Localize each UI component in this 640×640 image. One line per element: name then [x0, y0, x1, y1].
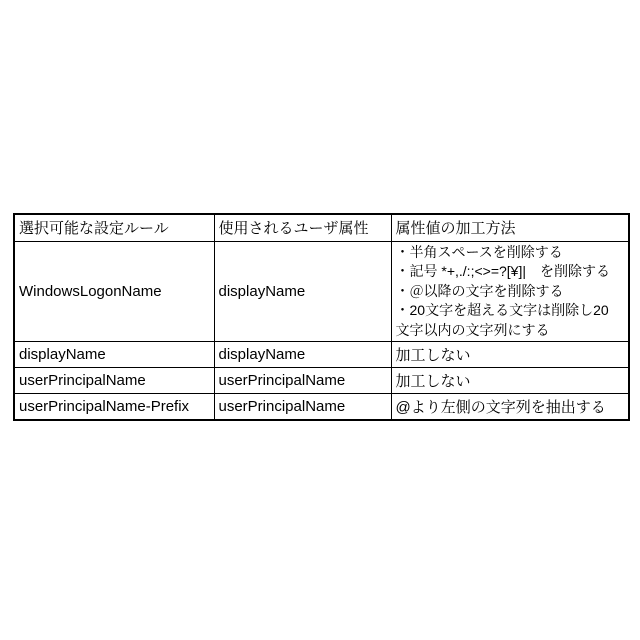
- column-header-rule: 選択可能な設定ルール: [14, 214, 214, 241]
- rule-cell: displayName: [14, 342, 214, 368]
- processing-line: ・＠以降の文字を削除する: [396, 282, 625, 302]
- column-header-attribute: 使用されるユーザ属性: [214, 214, 391, 241]
- attribute-cell: displayName: [214, 241, 391, 342]
- rule-cell: WindowsLogonName: [14, 241, 214, 342]
- processing-line: ・20文字を超える文字は削除し20: [396, 301, 625, 321]
- table-row: displayName displayName 加工しない: [14, 342, 629, 368]
- page: 選択可能な設定ルール 使用されるユーザ属性 属性値の加工方法 WindowsLo…: [0, 0, 640, 640]
- attribute-mapping-table: 選択可能な設定ルール 使用されるユーザ属性 属性値の加工方法 WindowsLo…: [13, 213, 630, 421]
- table-row: userPrincipalName userPrincipalName 加工しな…: [14, 368, 629, 394]
- processing-cell: ・半角スペースを削除する ・記号 *+,./:;<>=?[¥]| を削除する ・…: [391, 241, 629, 342]
- table-row: WindowsLogonName displayName ・半角スペースを削除す…: [14, 241, 629, 342]
- processing-line: ・半角スペースを削除する: [396, 243, 625, 263]
- processing-line: ・記号 *+,./:;<>=?[¥]| を削除する: [396, 262, 625, 282]
- processing-cell: 加工しない: [391, 368, 629, 394]
- attribute-cell: userPrincipalName: [214, 368, 391, 394]
- processing-cell: 加工しない: [391, 342, 629, 368]
- processing-cell: @より左側の文字列を抽出する: [391, 394, 629, 420]
- rule-cell: userPrincipalName-Prefix: [14, 394, 214, 420]
- table-row: userPrincipalName-Prefix userPrincipalNa…: [14, 394, 629, 420]
- attribute-cell: displayName: [214, 342, 391, 368]
- table-header-row: 選択可能な設定ルール 使用されるユーザ属性 属性値の加工方法: [14, 214, 629, 241]
- attribute-cell: userPrincipalName: [214, 394, 391, 420]
- processing-line: 文字以内の文字列にする: [396, 321, 625, 341]
- column-header-processing: 属性値の加工方法: [391, 214, 629, 241]
- rule-cell: userPrincipalName: [14, 368, 214, 394]
